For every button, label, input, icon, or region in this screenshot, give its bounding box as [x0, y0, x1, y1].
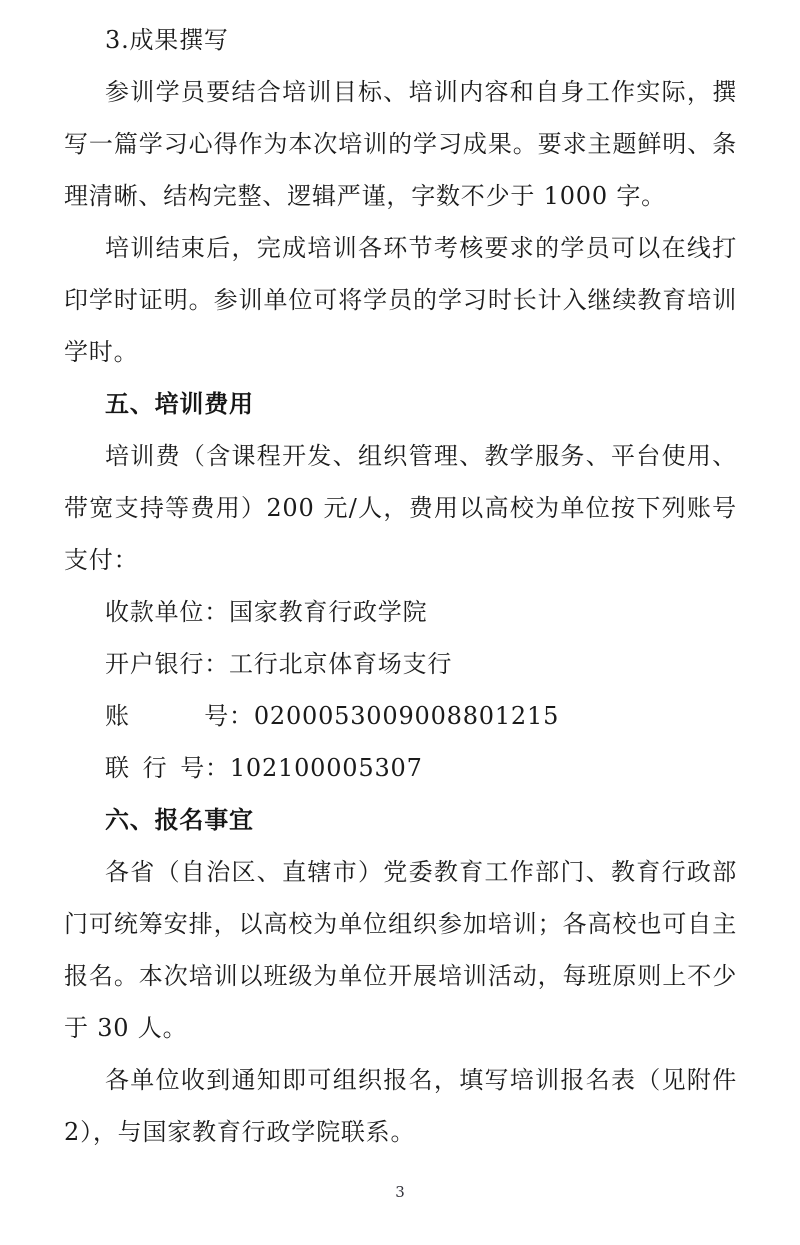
- document-body: 3.成果撰写 参训学员要结合培训目标、培训内容和自身工作实际，撰写一篇学习心得作…: [64, 14, 737, 1158]
- account-label-number: 账 号：: [105, 702, 254, 730]
- paragraph-registration-arrangement: 各省（自治区、直辖市）党委教育工作部门、教育行政部门可统筹安排，以高校为单位组织…: [64, 846, 737, 1054]
- account-label-bank: 开户银行：: [105, 650, 229, 678]
- account-line-payee: 收款单位：国家教育行政学院: [64, 586, 737, 638]
- account-line-bank: 开户银行：工行北京体育场支行: [64, 638, 737, 690]
- account-line-number: 账 号：0200053009008801215: [64, 690, 737, 742]
- account-label-cnaps: 联 行 号：: [105, 754, 230, 782]
- paragraph-results-requirements: 参训学员要结合培训目标、培训内容和自身工作实际，撰写一篇学习心得作为本次培训的学…: [64, 66, 737, 222]
- account-value-payee: 国家教育行政学院: [229, 598, 427, 626]
- account-value-cnaps: 102100005307: [230, 754, 423, 782]
- document-page: 3.成果撰写 参训学员要结合培训目标、培训内容和自身工作实际，撰写一篇学习心得作…: [0, 0, 800, 1245]
- section-heading-training-fee: 五、培训费用: [64, 378, 737, 430]
- paragraph-registration-contact: 各单位收到通知即可组织报名，填写培训报名表（见附件2），与国家教育行政学院联系。: [64, 1054, 737, 1158]
- account-value-bank: 工行北京体育场支行: [229, 650, 452, 678]
- page-number: 3: [0, 1180, 800, 1204]
- paragraph-fee-intro: 培训费（含课程开发、组织管理、教学服务、平台使用、带宽支持等费用）200 元/人…: [64, 430, 737, 586]
- subsection-heading-results-writing: 3.成果撰写: [64, 14, 737, 66]
- account-label-payee: 收款单位：: [105, 598, 229, 626]
- section-heading-registration: 六、报名事宜: [64, 794, 737, 846]
- account-value-number: 0200053009008801215: [254, 702, 559, 730]
- account-line-cnaps: 联 行 号：102100005307: [64, 742, 737, 794]
- paragraph-hours-certificate: 培训结束后，完成培训各环节考核要求的学员可以在线打印学时证明。参训单位可将学员的…: [64, 222, 737, 378]
